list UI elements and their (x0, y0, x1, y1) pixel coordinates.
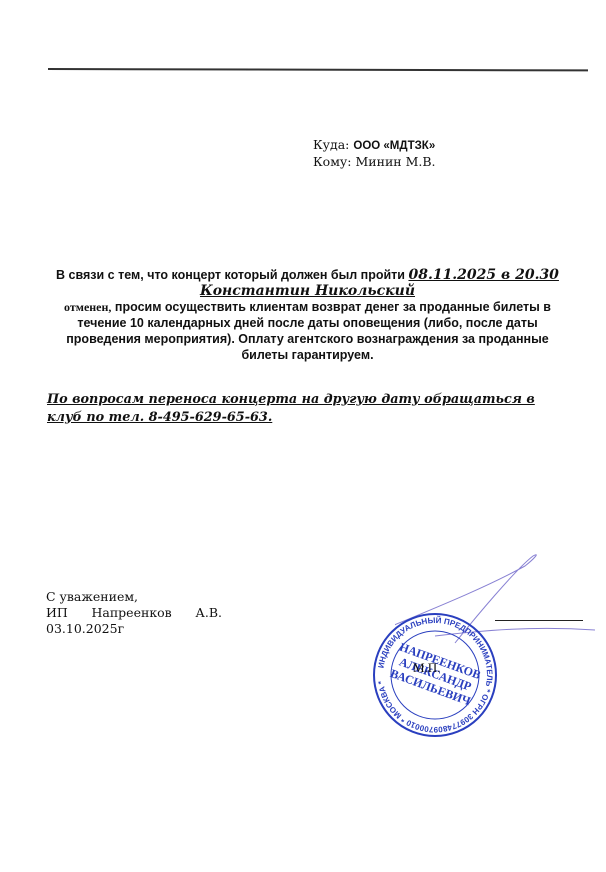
letter-body: В связи с тем, что концерт который долже… (55, 267, 560, 363)
signatory-line: ИП Напреенков А.В. (46, 605, 222, 621)
body-request: просим осуществить клиентам возврат дене… (66, 300, 551, 362)
whom-label: Кому: (313, 154, 352, 169)
addressee-to: Куда: ООО «МДТЗК» (313, 137, 436, 154)
seal-mark: М.П. (413, 660, 440, 676)
signatory-surname: Напреенков (92, 605, 172, 621)
header-rule (48, 68, 588, 71)
body-intro: В связи с тем, что концерт который долже… (56, 268, 405, 282)
whom-value: Минин М.В. (355, 154, 435, 169)
to-label: Куда: (313, 137, 349, 152)
cancelled-word: отменен, (64, 300, 111, 314)
addressee-block: Куда: ООО «МДТЗК» Кому: Минин М.В. (313, 137, 436, 170)
signature-line (495, 620, 583, 621)
to-value: ООО «МДТЗК» (353, 140, 435, 152)
artist-name: Константин Никольский (200, 283, 415, 299)
closing-block: С уважением, ИП Напреенков А.В. 03.10.20… (46, 589, 222, 637)
signatory-initials: А.В. (195, 605, 222, 621)
contact-note: По вопросам переноса концерта на другую … (47, 391, 572, 427)
letter-date: 03.10.2025г (46, 621, 222, 637)
event-datetime: 08.11.2025 в 20.30 (408, 267, 558, 283)
signatory-title: ИП (46, 605, 68, 621)
addressee-whom: Кому: Минин М.В. (313, 154, 436, 170)
closing-regards: С уважением, (46, 589, 222, 605)
